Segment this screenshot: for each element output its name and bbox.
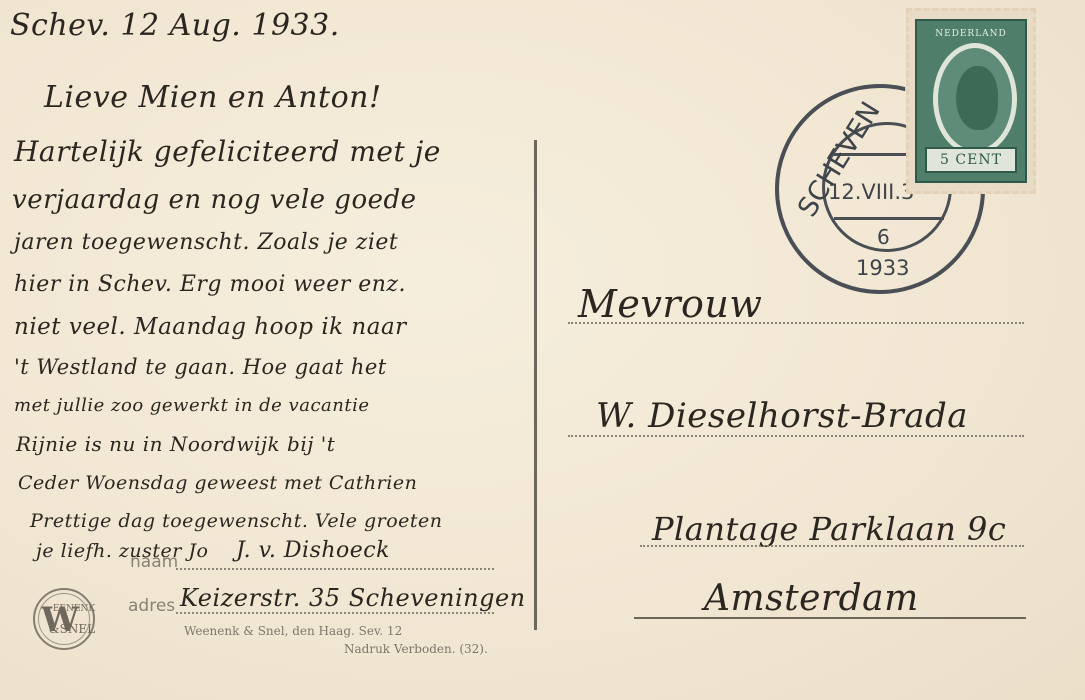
stamp-country: NEDERLAND <box>917 29 1025 39</box>
address-dotted-line <box>176 612 494 614</box>
postage-stamp: NEDERLAND POSTZEGEL 5 CENT <box>906 8 1036 194</box>
recipient-city: Amsterdam <box>704 578 919 619</box>
copyright-text: Nadruk Verboden. (32). <box>344 642 488 656</box>
logo-letter: W <box>41 600 79 640</box>
stamp-portrait-oval <box>933 43 1017 155</box>
sender-address: Keizerstr. 35 Scheveningen <box>180 584 526 612</box>
logo-top-text: EENENK <box>45 604 103 614</box>
greeting: Lieve Mien en Anton! <box>44 80 382 115</box>
message-line: Ceder Woensdag geweest met Cathrien <box>18 472 417 494</box>
address-line-4 <box>634 617 1026 619</box>
message-line: Hartelijk gefeliciteerd met je <box>14 135 441 168</box>
recipient-street: Plantage Parklaan 9c <box>652 510 1006 548</box>
date-line: Schev. 12 Aug. 1933. <box>10 8 340 43</box>
stamp-value: 5 CENT <box>925 147 1017 173</box>
message-line: jaren toegewenscht. Zoals je ziet <box>14 230 398 255</box>
recipient-salutation: Mevrouw <box>578 282 762 326</box>
message-line: je liefh. zuster Jo <box>36 540 208 562</box>
message-line: hier in Schev. Erg mooi weer enz. <box>14 272 406 297</box>
address-line-3 <box>640 545 1024 547</box>
logo-bottom-text: &SNEL <box>43 622 101 636</box>
address-line-1 <box>568 322 1024 324</box>
recipient-name: W. Dieselhorst-Brada <box>596 396 968 436</box>
postcard-back: Schev. 12 Aug. 1933. Lieve Mien en Anton… <box>0 0 1085 700</box>
message-line: met jullie zoo gewerkt in de vacantie <box>14 395 370 416</box>
stamp-frame: NEDERLAND POSTZEGEL 5 CENT <box>915 19 1027 183</box>
message-line: niet veel. Maandag hoop ik naar <box>14 314 407 340</box>
vertical-divider <box>534 140 537 630</box>
postmark-bar-bottom <box>834 217 944 220</box>
signature: J. v. Dishoeck <box>236 538 390 563</box>
message-line: verjaardag en nog vele goede <box>12 185 417 215</box>
address-line-2 <box>568 435 1024 437</box>
message-line: Rijnie is nu in Noordwijk bij 't <box>16 432 335 456</box>
postmark-date: 12.VIII.3 <box>828 180 914 204</box>
address-label: adres <box>128 596 175 616</box>
postmark-time: 6 <box>877 225 890 249</box>
publisher-logo: W EENENK &SNEL <box>33 588 95 650</box>
message-line: Prettige dag toegewenscht. Vele groeten <box>30 510 443 532</box>
postmark-year: 1933 <box>856 256 909 280</box>
publisher-text: Weenenk & Snel, den Haag. Sev. 12 <box>184 624 402 638</box>
name-dotted-line <box>176 568 494 570</box>
name-label: naam <box>130 552 178 572</box>
queen-portrait-icon <box>956 66 998 130</box>
message-line: 't Westland te gaan. Hoe gaat het <box>14 355 387 379</box>
